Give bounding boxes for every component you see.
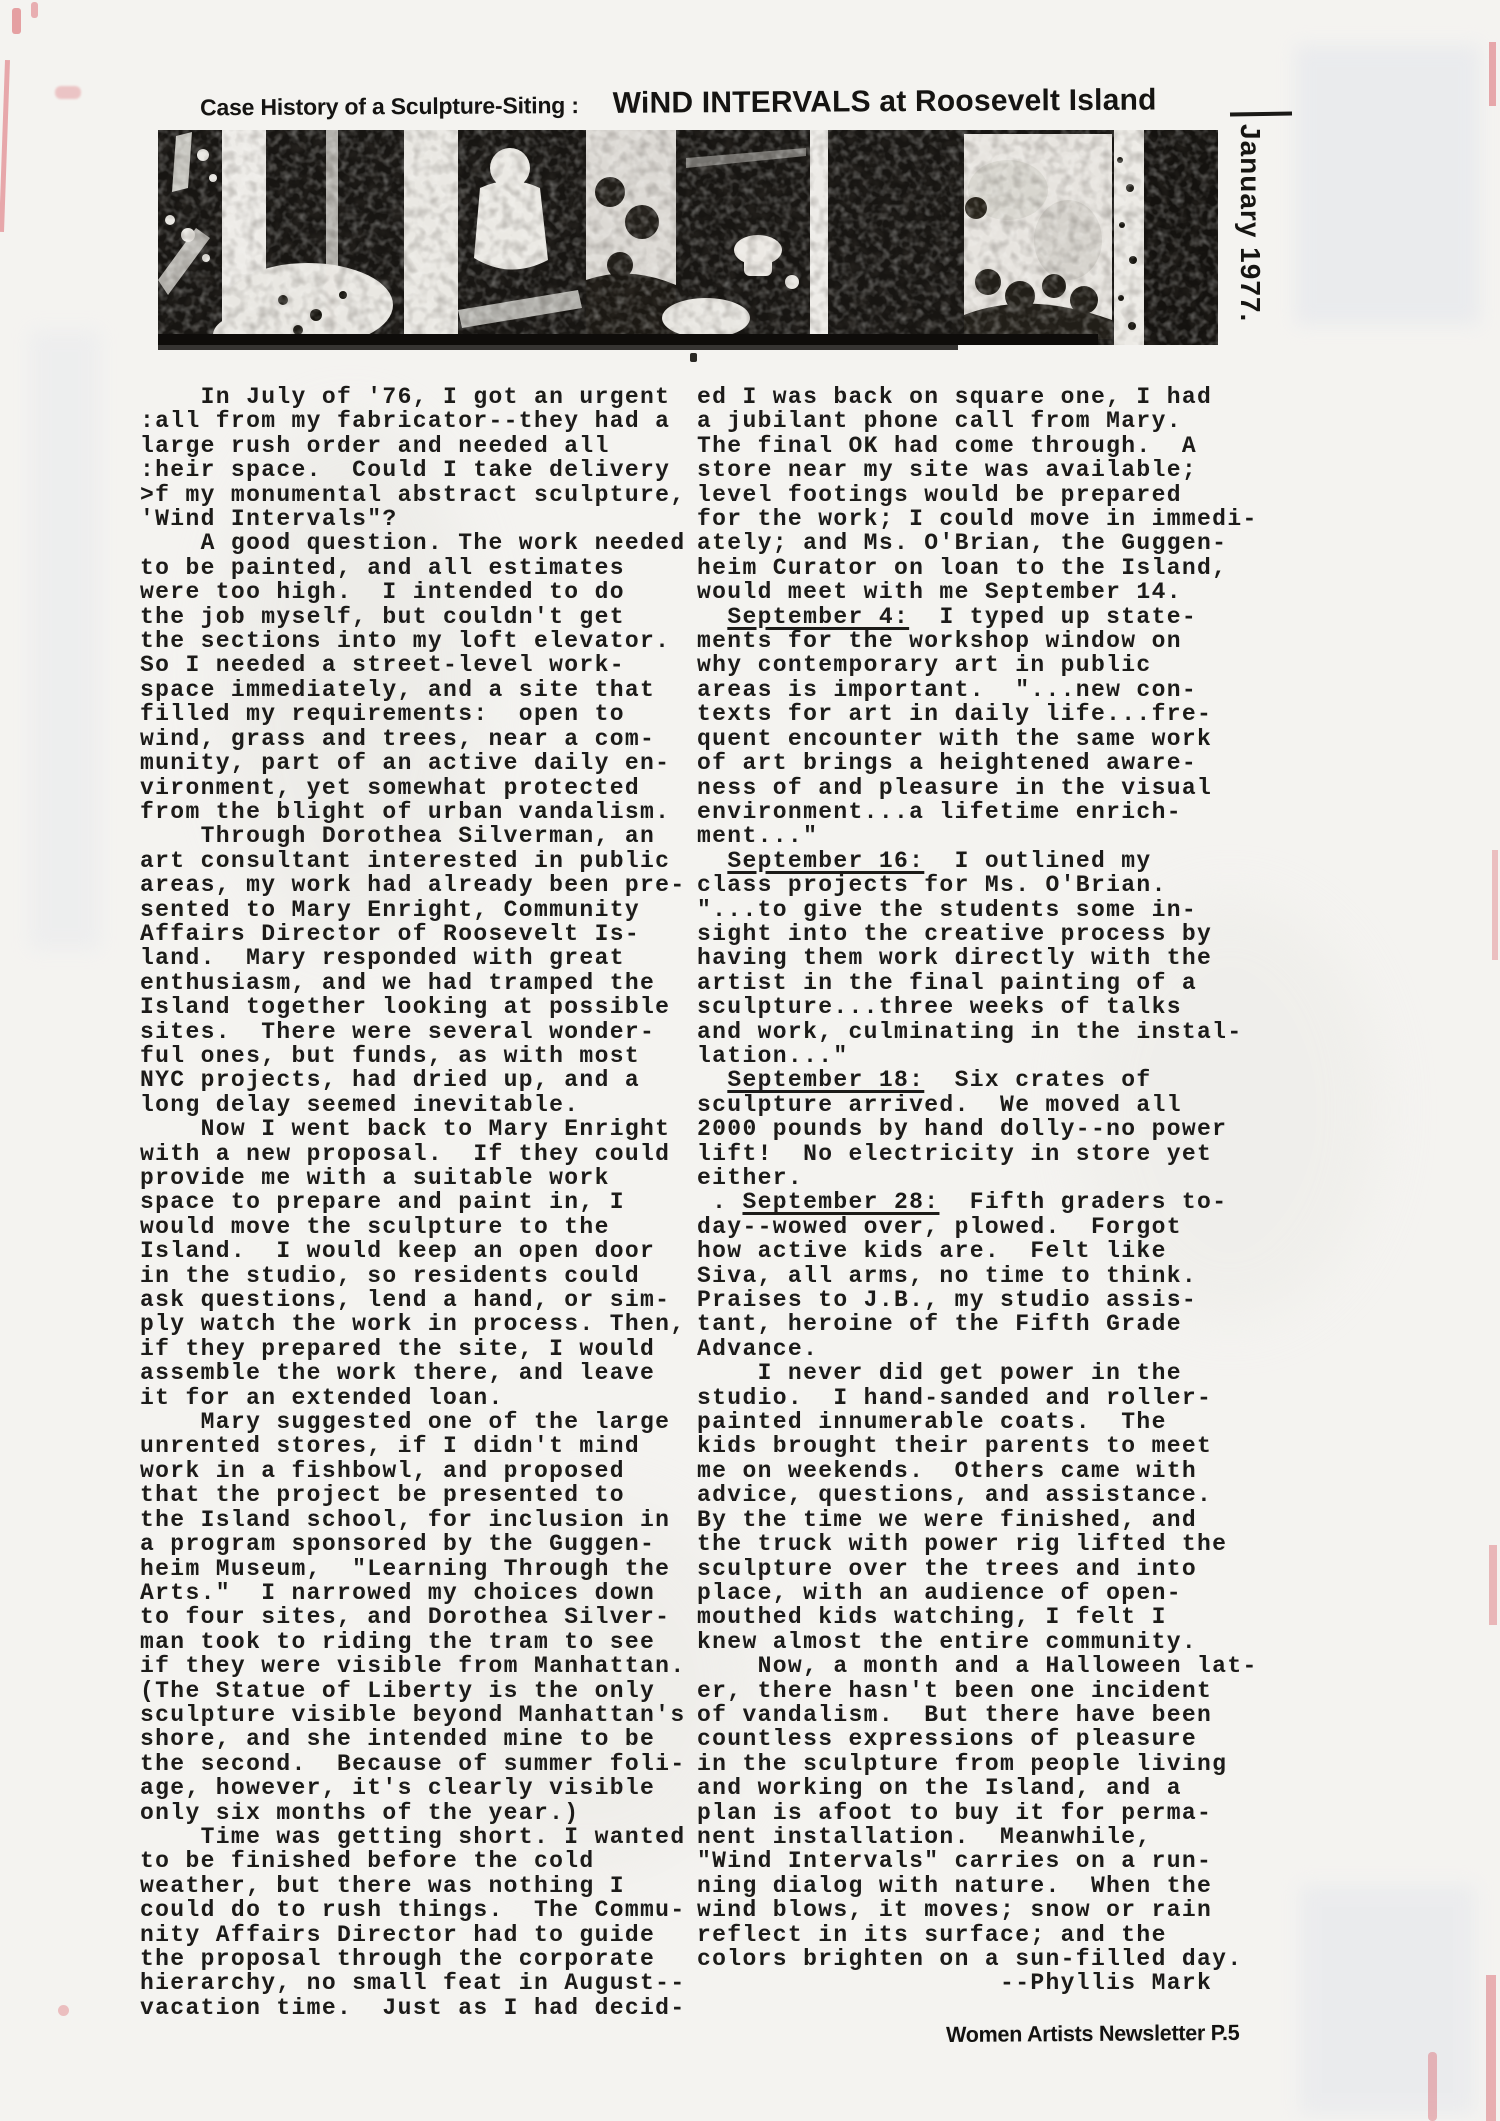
text-line: artist in the final painting of a: [697, 971, 1322, 995]
text-line: >f my monumental abstract sculpture,: [140, 483, 715, 507]
text-line: work in a fishbowl, and proposed: [140, 1459, 715, 1483]
issue-date: January 1977.: [1234, 124, 1266, 354]
text-line: a jubilant phone call from Mary.: [697, 409, 1322, 433]
article-column-left: In July of '76, I got an urgent:all from…: [140, 385, 715, 2020]
text-line: Time was getting short. I wanted: [140, 1825, 715, 1849]
text-line: me on weekends. Others came with: [697, 1459, 1322, 1483]
text-line: large rush order and needed all: [140, 434, 715, 458]
text-line: class projects for Ms. O'Brian.: [697, 873, 1322, 897]
red-ink-mark: [31, 2, 38, 18]
text-line: "...to give the students some in-: [697, 898, 1322, 922]
text-line: place, with an audience of open-: [697, 1581, 1322, 1605]
text-line: from the blight of urban vandalism.: [140, 800, 715, 824]
text-line: sculpture over the trees and into: [697, 1557, 1322, 1581]
bleedthrough-ghost: [1295, 45, 1480, 325]
text-line: Island. I would keep an open door: [140, 1239, 715, 1263]
text-line: unrented stores, if I didn't mind: [140, 1434, 715, 1458]
text-line: of art brings a heightened aware-: [697, 751, 1322, 775]
text-line: ments for the workshop window on: [697, 629, 1322, 653]
text-line: Arts." I narrowed my choices down: [140, 1581, 715, 1605]
text-line: provide me with a suitable work: [140, 1166, 715, 1190]
text-line: the proposal through the corporate: [140, 1947, 715, 1971]
text-line: how active kids are. Felt like: [697, 1239, 1322, 1263]
text-line: having them work directly with the: [697, 946, 1322, 970]
text-line: mouthed kids watching, I felt I: [697, 1605, 1322, 1629]
text-line: the Island school, for inclusion in: [140, 1508, 715, 1532]
text-line: lift! No electricity in store yet: [697, 1142, 1322, 1166]
bleedthrough-ghost: [30, 330, 100, 950]
text-line: September 18: Six crates of: [697, 1068, 1322, 1092]
text-line: vacation time. Just as I had decid-: [140, 1996, 715, 2020]
text-line: level footings would be prepared: [697, 483, 1322, 507]
text-line: The final OK had come through. A: [697, 434, 1322, 458]
text-line: nity Affairs Director had to guide: [140, 1923, 715, 1947]
text-line: a program sponsored by the Guggen-: [140, 1532, 715, 1556]
photo-art: [158, 130, 1218, 345]
text-line: (The Statue of Liberty is the only: [140, 1679, 715, 1703]
article-column-right: ed I was back on square one, I hada jubi…: [697, 385, 1322, 1996]
text-line: Now, a month and a Halloween lat-: [697, 1654, 1322, 1678]
text-line: sight into the creative process by: [697, 922, 1322, 946]
text-line: ply watch the work in process. Then,: [140, 1312, 715, 1336]
text-line: to be painted, and all estimates: [140, 556, 715, 580]
text-line: "Wind Intervals" carries on a run-: [697, 1849, 1322, 1873]
text-line: the sections into my loft elevator.: [140, 629, 715, 653]
article-title: WiND INTERVALS at Roosevelt Island: [613, 84, 1157, 120]
red-ink-mark: [12, 8, 21, 34]
text-line: assemble the work there, and leave: [140, 1361, 715, 1385]
text-line: knew almost the entire community.: [697, 1630, 1322, 1654]
text-line: NYC projects, had dried up, and a: [140, 1068, 715, 1092]
text-line: . September 28: Fifth graders to-: [697, 1190, 1322, 1214]
text-line: lation...": [697, 1044, 1322, 1068]
text-line: sculpture arrived. We moved all: [697, 1093, 1322, 1117]
red-ink-mark: [1486, 1975, 1496, 2121]
text-line: environment...a lifetime enrich-: [697, 800, 1322, 824]
text-line: the second. Because of summer foli-: [140, 1752, 715, 1776]
text-line: areas, my work had already been pre-: [140, 873, 715, 897]
red-ink-mark: [1489, 1545, 1497, 1625]
text-line: Now I went back to Mary Enright: [140, 1117, 715, 1141]
text-line: would move the sculpture to the: [140, 1215, 715, 1239]
text-line: age, however, it's clearly visible: [140, 1776, 715, 1800]
text-line: it for an extended loan.: [140, 1386, 715, 1410]
text-line: painted innumerable coats. The: [697, 1410, 1322, 1434]
text-line: could do to rush things. The Commu-: [140, 1898, 715, 1922]
text-line: ed I was back on square one, I had: [697, 385, 1322, 409]
text-line: munity, part of an active daily en-: [140, 751, 715, 775]
text-line: filled my requirements: open to: [140, 702, 715, 726]
text-line: nent installation. Meanwhile,: [697, 1825, 1322, 1849]
text-line: sculpture...three weeks of talks: [697, 995, 1322, 1019]
text-line: :all from my fabricator--they had a: [140, 409, 715, 433]
text-line: why contemporary art in public: [697, 653, 1322, 677]
text-line: September 4: I typed up state-: [697, 605, 1322, 629]
text-line: Praises to J.B., my studio assis-: [697, 1288, 1322, 1312]
text-line: studio. I hand-sanded and roller-: [697, 1386, 1322, 1410]
text-line: that the project be presented to: [140, 1483, 715, 1507]
text-line: space immediately, and a site that: [140, 678, 715, 702]
red-ink-mark: [1428, 2052, 1437, 2121]
red-ink-mark: [0, 60, 10, 232]
article-header: Case History of a Sculpture-Siting :WiND…: [200, 83, 1300, 124]
text-line: er, there hasn't been one incident: [697, 1679, 1322, 1703]
text-line: long delay seemed inevitable.: [140, 1093, 715, 1117]
text-line: and working on the Island, and a: [697, 1776, 1322, 1800]
text-line: wind, grass and trees, near a com-: [140, 727, 715, 751]
text-line: in the sculpture from people living: [697, 1752, 1322, 1776]
text-line: the job myself, but couldn't get: [140, 605, 715, 629]
text-line: 2000 pounds by hand dolly--no power: [697, 1117, 1322, 1141]
text-line: with a new proposal. If they could: [140, 1142, 715, 1166]
text-line: Island together looking at possible: [140, 995, 715, 1019]
text-line: enthusiasm, and we had tramped the: [140, 971, 715, 995]
text-line: if they prepared the site, I would: [140, 1337, 715, 1361]
text-line: of vandalism. But there have been: [697, 1703, 1322, 1727]
red-ink-mark: [1492, 850, 1498, 960]
text-line: ately; and Ms. O'Brian, the Guggen-: [697, 531, 1322, 555]
text-line: vironment, yet somewhat protected: [140, 776, 715, 800]
text-line: Through Dorothea Silverman, an: [140, 824, 715, 848]
text-line: quent encounter with the same work: [697, 727, 1322, 751]
text-line: I never did get power in the: [697, 1361, 1322, 1385]
photo-bottom-rule: [158, 345, 958, 350]
text-line: heim Museum, "Learning Through the: [140, 1557, 715, 1581]
article-kicker: Case History of a Sculpture-Siting :: [200, 92, 579, 120]
text-line: man took to riding the tram to see: [140, 1630, 715, 1654]
text-line: would meet with me September 14.: [697, 580, 1322, 604]
text-line: areas is important. "...new con-: [697, 678, 1322, 702]
text-line: heim Curator on loan to the Island,: [697, 556, 1322, 580]
text-line: kids brought their parents to meet: [697, 1434, 1322, 1458]
text-line: ful ones, but funds, as with most: [140, 1044, 715, 1068]
text-line: ness of and pleasure in the visual: [697, 776, 1322, 800]
text-line: tant, heroine of the Fifth Grade: [697, 1312, 1322, 1336]
text-line: land. Mary responded with great: [140, 946, 715, 970]
text-line: By the time we were finished, and: [697, 1508, 1322, 1532]
text-line: space to prepare and paint in, I: [140, 1190, 715, 1214]
text-line: sculpture visible beyond Manhattan's: [140, 1703, 715, 1727]
text-line: to be finished before the cold: [140, 1849, 715, 1873]
text-line: ask questions, lend a hand, or sim-: [140, 1288, 715, 1312]
text-line: store near my site was available;: [697, 458, 1322, 482]
text-line: were too high. I intended to do: [140, 580, 715, 604]
newsletter-page: Case History of a Sculpture-Siting :WiND…: [0, 0, 1500, 2121]
red-ink-mark: [55, 86, 81, 99]
text-line: the truck with power rig lifted the: [697, 1532, 1322, 1556]
text-line: In July of '76, I got an urgent: [140, 385, 715, 409]
text-line: sites. There were several wonder-: [140, 1020, 715, 1044]
text-line: countless expressions of pleasure: [697, 1727, 1322, 1751]
text-line: wind blows, it moves; snow or rain: [697, 1898, 1322, 1922]
text-line: ning dialog with nature. When the: [697, 1874, 1322, 1898]
text-line: hierarchy, no small feat in August--: [140, 1971, 715, 1995]
text-line: in the studio, so residents could: [140, 1264, 715, 1288]
text-line: art consultant interested in public: [140, 849, 715, 873]
text-line: September 16: I outlined my: [697, 849, 1322, 873]
text-line: sented to Mary Enright, Community: [140, 898, 715, 922]
text-line: advice, questions, and assistance.: [697, 1483, 1322, 1507]
text-line: plan is afoot to buy it for perma-: [697, 1801, 1322, 1825]
text-line: ment...": [697, 824, 1322, 848]
text-line: only six months of the year.): [140, 1801, 715, 1825]
text-line: texts for art in daily life...fre-: [697, 702, 1322, 726]
text-line: :heir space. Could I take delivery: [140, 458, 715, 482]
text-line: either.: [697, 1166, 1322, 1190]
text-line: to four sites, and Dorothea Silver-: [140, 1605, 715, 1629]
bleedthrough-ghost: [1300, 1885, 1475, 2115]
text-line: for the work; I could move in immedi-: [697, 507, 1322, 531]
scan-speck: [690, 353, 697, 362]
text-line: shore, and she intended mine to be: [140, 1727, 715, 1751]
text-line: Mary suggested one of the large: [140, 1410, 715, 1434]
text-line: Siva, all arms, no time to think.: [697, 1264, 1322, 1288]
photo-halftone-strip: [158, 130, 1218, 345]
text-line: reflect in its surface; and the: [697, 1923, 1322, 1947]
text-line: 'Wind Intervals"?: [140, 507, 715, 531]
newsletter-footer: Women Artists Newsletter P.5: [946, 2020, 1240, 2048]
text-line: So I needed a street-level work-: [140, 653, 715, 677]
text-line: A good question. The work needed: [140, 531, 715, 555]
text-line: Advance.: [697, 1337, 1322, 1361]
text-line: if they were visible from Manhattan.: [140, 1654, 715, 1678]
red-ink-mark: [58, 2005, 69, 2016]
text-line: --Phyllis Mark: [697, 1971, 1322, 1995]
text-line: day--wowed over, plowed. Forgot: [697, 1215, 1322, 1239]
text-line: Affairs Director of Roosevelt Is-: [140, 922, 715, 946]
text-line: and work, culminating in the instal-: [697, 1020, 1322, 1044]
text-line: colors brighten on a sun-filled day.: [697, 1947, 1322, 1971]
red-ink-mark: [1489, 42, 1496, 106]
text-line: weather, but there was nothing I: [140, 1874, 715, 1898]
